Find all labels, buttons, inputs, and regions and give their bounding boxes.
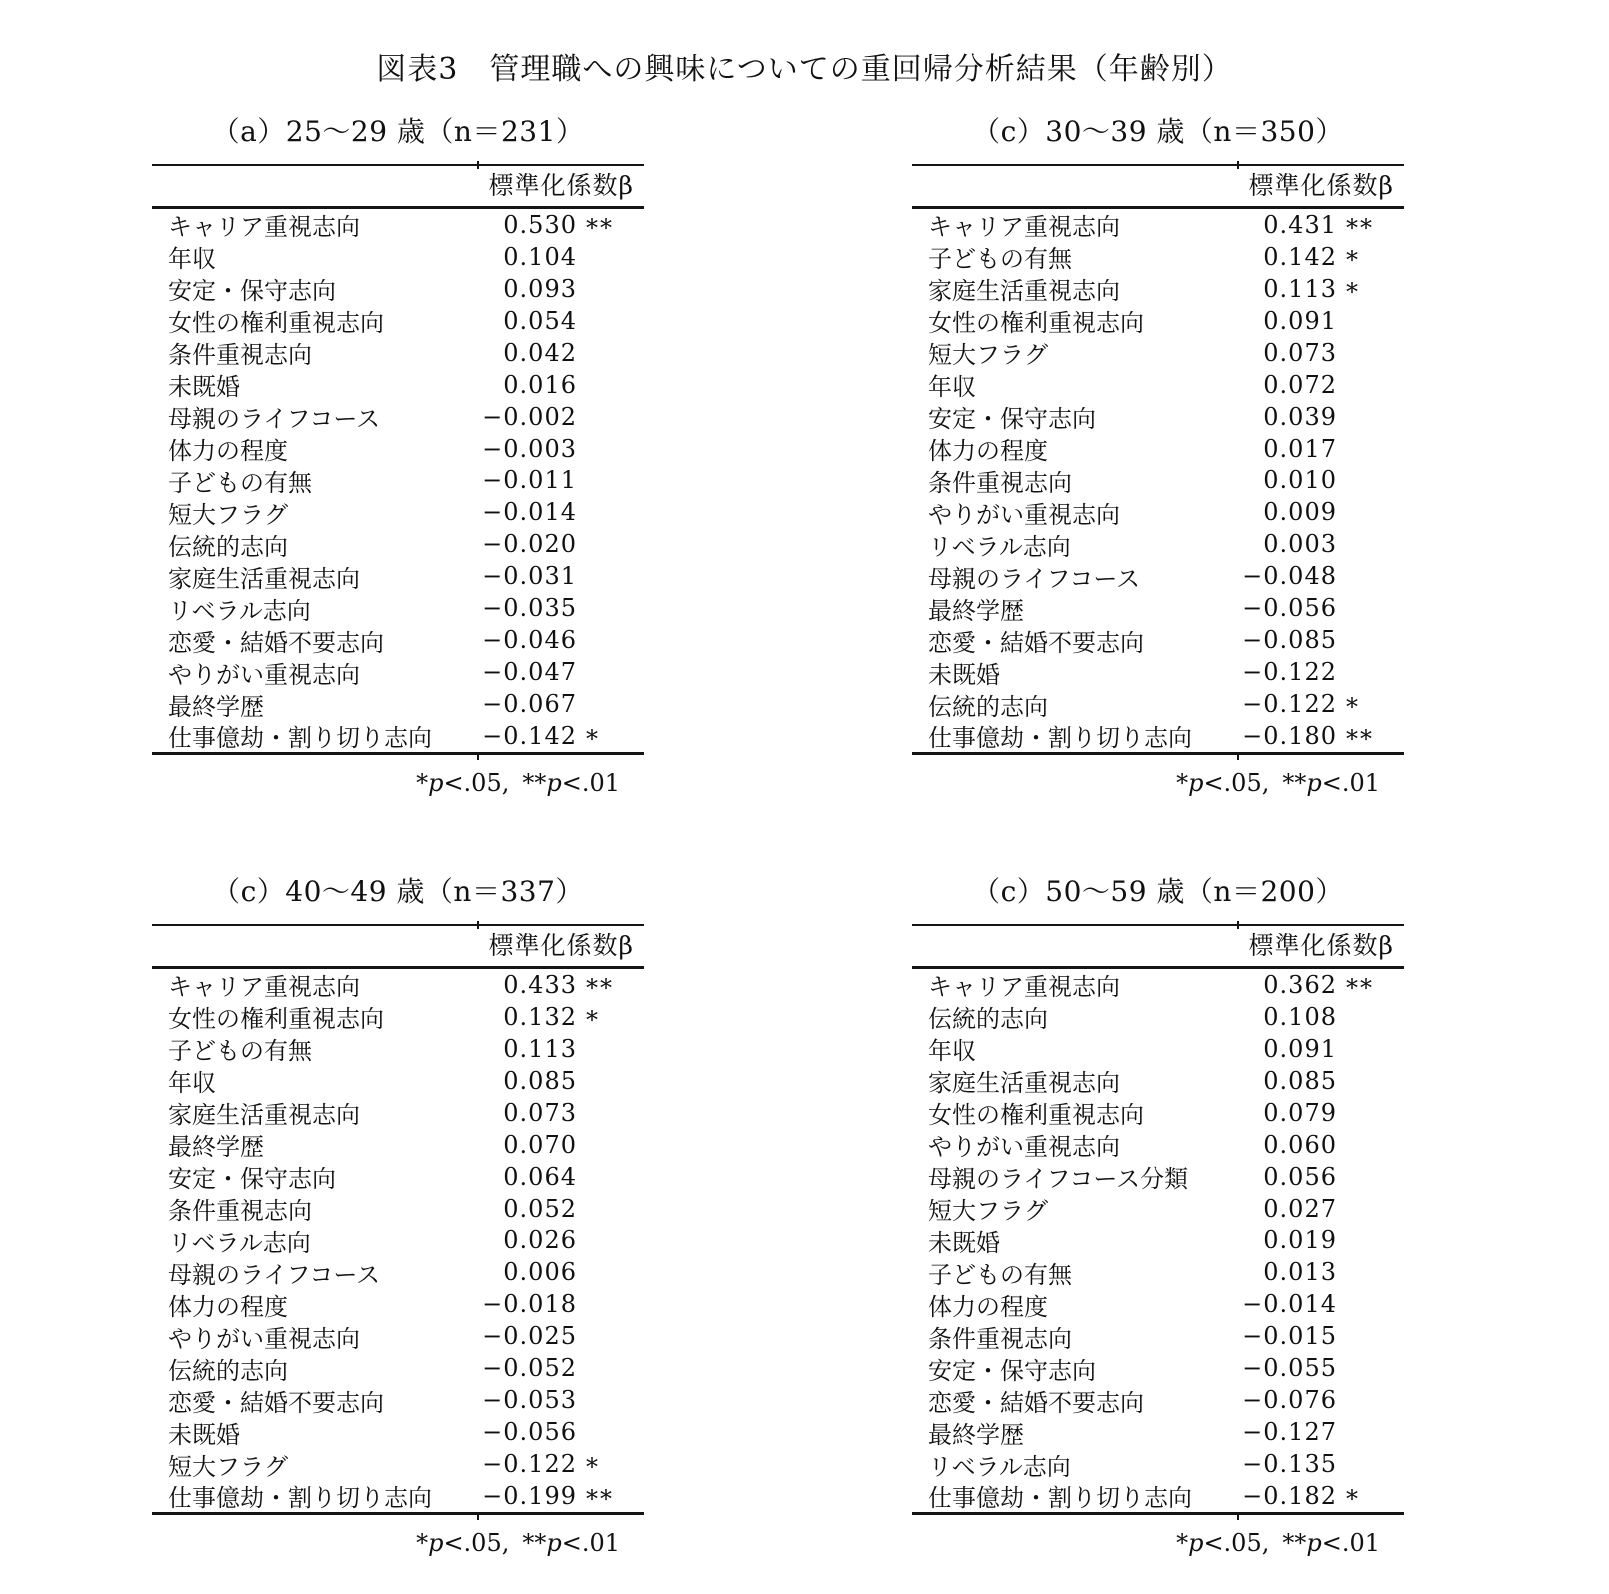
column-header-label: 標準化係数β [1249,931,1394,960]
row-label: 年収 [912,367,1217,402]
table-row: 家庭生活重視志向 0.073 [152,1097,644,1129]
table-row: 女性の権利重視志向 0.091 [912,305,1404,337]
table-row: 年収 0.072 [912,369,1404,401]
row-significance: ** [1337,974,1404,1002]
note-threshold: <.05, [1203,769,1269,797]
table-row: キャリア重視志向 0.362 ** [912,969,1404,1001]
table-body: キャリア重視志向 0.431 ** 子どもの有無 0.142 * 家庭生活重視志… [912,209,1404,752]
column-header-label: 標準化係数β [489,931,634,960]
row-label: 恋愛・結婚不要志向 [152,623,457,658]
row-value: 0.433 [457,971,577,999]
table-row: やりがい重視志向 −0.047 [152,656,644,688]
row-label: 条件重視志向 [152,1191,457,1226]
row-label: キャリア重視志向 [152,967,457,1002]
row-label: 安定・保守志向 [152,271,457,306]
row-label: 家庭生活重視志向 [152,559,457,594]
row-value: −0.014 [457,498,577,526]
table-row: 条件重視志向 −0.015 [912,1320,1404,1352]
column-divider-tick [477,921,479,929]
table-row: 未既婚 −0.056 [152,1416,644,1448]
row-value: 0.085 [1217,1067,1337,1095]
row-value: −0.085 [1217,626,1337,654]
row-significance: * [1337,278,1404,306]
table-row: 仕事億劫・割り切り志向 −0.199 ** [152,1480,644,1512]
table-row: キャリア重視志向 0.433 ** [152,969,644,1001]
row-label: リベラル志向 [152,591,457,626]
table-row: 条件重視志向 0.052 [152,1193,644,1225]
table-body: キャリア重視志向 0.362 ** 伝統的志向 0.108 年収 0.091 [912,969,1404,1512]
stats-table: 標準化係数β キャリア重視志向 0.431 ** 子どもの有無 0.142 * [912,164,1404,755]
note-p: p [1306,769,1321,797]
table-row: リベラル志向 0.003 [912,528,1404,560]
table-row: 体力の程度 −0.014 [912,1288,1404,1320]
row-label: リベラル志向 [912,527,1217,562]
table-row: 母親のライフコース分類 0.056 [912,1161,1404,1193]
row-value: 0.070 [457,1131,577,1159]
row-value: −0.199 [457,1482,577,1510]
row-value: −0.046 [457,626,577,654]
row-label: キャリア重視志向 [152,207,457,242]
row-value: 0.027 [1217,1195,1337,1223]
row-label: 年収 [152,1063,457,1098]
column-divider-tick [477,1512,479,1520]
note-star: * [1176,1529,1188,1557]
row-label: 伝統的志向 [912,687,1217,722]
row-label: 子どもの有無 [912,239,1217,274]
table-row: 恋愛・結婚不要志向 −0.076 [912,1384,1404,1416]
row-label: 体力の程度 [152,1287,457,1322]
row-label: 最終学歴 [912,591,1217,626]
table-row: 母親のライフコース −0.048 [912,560,1404,592]
table-header-row: 標準化係数β [152,166,644,209]
table-row: 安定・保守志向 0.093 [152,273,644,305]
note-star: ** [1282,1529,1306,1557]
table-row: リベラル志向 −0.035 [152,592,644,624]
row-value: −0.180 [1217,722,1337,750]
table-row: 安定・保守志向 0.064 [152,1161,644,1193]
row-value: 0.052 [457,1195,577,1223]
row-label: 条件重視志向 [912,1319,1217,1354]
column-divider-tick [477,161,479,169]
column-divider-tick [1237,752,1239,760]
row-value: 0.113 [457,1035,577,1063]
row-value: 0.142 [1217,243,1337,271]
table-row: 体力の程度 −0.018 [152,1288,644,1320]
table-row: 女性の権利重視志向 0.054 [152,305,644,337]
table-row: 恋愛・結婚不要志向 −0.053 [152,1384,644,1416]
row-value: 0.362 [1217,971,1337,999]
note-star: ** [1282,769,1306,797]
note-threshold: <.05, [443,769,509,797]
row-label: 未既婚 [912,655,1217,690]
row-label: 安定・保守志向 [912,1351,1217,1386]
row-label: 最終学歴 [152,1127,457,1162]
page-title: 図表3 管理職への興味についての重回帰分析結果（年齢別） [0,52,1609,88]
row-label: 女性の権利重視志向 [912,303,1217,338]
row-value: 0.104 [457,243,577,271]
row-significance: * [577,1453,644,1481]
note-p: p [1188,769,1203,797]
table-row: 短大フラグ 0.027 [912,1193,1404,1225]
row-value: 0.132 [457,1003,577,1031]
stats-table: 標準化係数β キャリア重視志向 0.362 ** 伝統的志向 0.108 [912,924,1404,1515]
note-threshold: <.01 [562,1529,620,1557]
row-value: −0.127 [1217,1418,1337,1446]
row-label: リベラル志向 [152,1223,457,1258]
row-value: 0.056 [1217,1163,1337,1191]
table-row: 子どもの有無 −0.011 [152,465,644,497]
row-value: 0.079 [1217,1099,1337,1127]
table-block-50-59: （c）50〜59 歳（n＝200） 標準化係数β キャリア重視志向 0.362 … [912,872,1404,1557]
table-row: 条件重視志向 0.042 [152,337,644,369]
row-label: 家庭生活重視志向 [912,271,1217,306]
table-row: 最終学歴 −0.127 [912,1416,1404,1448]
row-value: −0.035 [457,594,577,622]
row-value: 0.010 [1217,466,1337,494]
table-caption: （c）50〜59 歳（n＝200） [912,872,1404,912]
table-header-row: 標準化係数β [912,926,1404,969]
table-row: リベラル志向 −0.135 [912,1448,1404,1480]
row-value: −0.014 [1217,1290,1337,1318]
column-header-label: 標準化係数β [489,171,634,200]
row-label: 恋愛・結婚不要志向 [152,1383,457,1418]
row-value: −0.018 [457,1290,577,1318]
table-row: 短大フラグ 0.073 [912,337,1404,369]
table-row: 伝統的志向 −0.052 [152,1352,644,1384]
row-label: 体力の程度 [912,431,1217,466]
row-value: 0.072 [1217,371,1337,399]
stats-table: 標準化係数β キャリア重視志向 0.530 ** 年収 0.104 [152,164,644,755]
row-value: 0.091 [1217,1035,1337,1063]
row-value: 0.013 [1217,1258,1337,1286]
row-value: −0.182 [1217,1482,1337,1510]
table-row: 伝統的志向 −0.122 * [912,688,1404,720]
table-row: 短大フラグ −0.014 [152,496,644,528]
row-label: リベラル志向 [912,1447,1217,1482]
row-label: 年収 [152,239,457,274]
row-label: やりがい重視志向 [912,495,1217,530]
row-significance: * [1337,693,1404,721]
note-p: p [546,769,561,797]
table-row: 未既婚 0.016 [152,369,644,401]
table-row: 子どもの有無 0.142 * [912,241,1404,273]
row-significance: ** [577,1485,644,1513]
table-row: 条件重視志向 0.010 [912,465,1404,497]
row-value: 0.530 [457,211,577,239]
row-label: 伝統的志向 [152,527,457,562]
column-header-label: 標準化係数β [1249,171,1394,200]
row-label: 子どもの有無 [152,463,457,498]
note-threshold: <.01 [1322,1529,1380,1557]
table-row: 年収 0.091 [912,1033,1404,1065]
row-label: 女性の権利重視志向 [152,303,457,338]
row-value: −0.122 [457,1450,577,1478]
note-threshold: <.01 [562,769,620,797]
stats-table: 標準化係数β キャリア重視志向 0.433 ** 女性の権利重視志向 0.132… [152,924,644,1515]
table-caption: （c）30〜39 歳（n＝350） [912,112,1404,152]
row-value: −0.056 [1217,594,1337,622]
row-label: 安定・保守志向 [152,1159,457,1194]
table-row: 年収 0.085 [152,1065,644,1097]
row-label: キャリア重視志向 [912,207,1217,242]
table-row: 家庭生活重視志向 0.113 * [912,273,1404,305]
row-label: 伝統的志向 [912,999,1217,1034]
table-row: 女性の権利重視志向 0.132 * [152,1001,644,1033]
row-value: 0.003 [1217,530,1337,558]
table-row: 年収 0.104 [152,241,644,273]
row-label: 伝統的志向 [152,1351,457,1386]
table-row: 恋愛・結婚不要志向 −0.046 [152,624,644,656]
table-row: やりがい重視志向 0.060 [912,1129,1404,1161]
note-star: * [1176,769,1188,797]
row-label: 母親のライフコース分類 [912,1159,1217,1194]
row-value: 0.091 [1217,307,1337,335]
table-row: 伝統的志向 0.108 [912,1001,1404,1033]
row-value: −0.048 [1217,562,1337,590]
page: 図表3 管理職への興味についての重回帰分析結果（年齢別） （a）25〜29 歳（… [0,0,1609,1594]
note-threshold: <.01 [1322,769,1380,797]
note-threshold: <.05, [443,1529,509,1557]
row-significance: ** [1337,725,1404,753]
table-row: 最終学歴 −0.067 [152,688,644,720]
table-body: キャリア重視志向 0.530 ** 年収 0.104 安定・保守志向 0.093 [152,209,644,752]
table-row: 最終学歴 0.070 [152,1129,644,1161]
row-label: 条件重視志向 [152,335,457,370]
row-value: −0.053 [457,1386,577,1414]
column-divider-tick [477,752,479,760]
row-value: −0.067 [457,690,577,718]
table-row: 短大フラグ −0.122 * [152,1448,644,1480]
row-value: 0.113 [1217,275,1337,303]
row-value: 0.039 [1217,403,1337,431]
table-row: 伝統的志向 −0.020 [152,528,644,560]
row-value: −0.015 [1217,1322,1337,1350]
column-divider-tick [1237,161,1239,169]
row-value: −0.025 [457,1322,577,1350]
table-body: キャリア重視志向 0.433 ** 女性の権利重視志向 0.132 * 子どもの… [152,969,644,1512]
row-label: 短大フラグ [912,335,1217,370]
row-value: 0.064 [457,1163,577,1191]
significance-note: *p<.05,**p<.01 [152,769,644,797]
row-value: 0.016 [457,371,577,399]
table-row: 母親のライフコース −0.002 [152,401,644,433]
table-caption: （c）40〜49 歳（n＝337） [152,872,644,912]
row-label: 家庭生活重視志向 [912,1063,1217,1098]
row-value: −0.135 [1217,1450,1337,1478]
note-p: p [546,1529,561,1557]
table-row: 恋愛・結婚不要志向 −0.085 [912,624,1404,656]
row-significance: ** [577,214,644,242]
row-label: 未既婚 [152,1415,457,1450]
table-row: 女性の権利重視志向 0.079 [912,1097,1404,1129]
table-row: 体力の程度 −0.003 [152,433,644,465]
row-label: 体力の程度 [152,431,457,466]
row-label: やりがい重視志向 [152,1319,457,1354]
row-value: −0.031 [457,562,577,590]
note-p: p [1306,1529,1321,1557]
row-value: 0.009 [1217,498,1337,526]
row-label: 仕事億劫・割り切り志向 [912,718,1217,753]
column-divider-tick [1237,1512,1239,1520]
row-value: 0.017 [1217,435,1337,463]
table-block-40-49: （c）40〜49 歳（n＝337） 標準化係数β キャリア重視志向 0.433 … [152,872,644,1557]
row-value: −0.076 [1217,1386,1337,1414]
row-label: 恋愛・結婚不要志向 [912,1383,1217,1418]
row-value: −0.052 [457,1354,577,1382]
row-label: 短大フラグ [152,1447,457,1482]
row-value: −0.011 [457,466,577,494]
row-value: 0.006 [457,1258,577,1286]
note-threshold: <.05, [1203,1529,1269,1557]
column-divider-tick [1237,921,1239,929]
note-star: * [416,769,428,797]
note-p: p [428,769,443,797]
row-label: 母親のライフコース [152,1255,457,1290]
note-star: ** [522,1529,546,1557]
row-value: −0.122 [1217,658,1337,686]
row-value: −0.047 [457,658,577,686]
row-significance: ** [577,974,644,1002]
table-row: やりがい重視志向 −0.025 [152,1320,644,1352]
row-label: 家庭生活重視志向 [152,1095,457,1130]
table-row: 家庭生活重視志向 0.085 [912,1065,1404,1097]
table-header-row: 標準化係数β [152,926,644,969]
row-label: 仕事億劫・割り切り志向 [152,1478,457,1513]
row-value: −0.142 [457,722,577,750]
row-significance: * [1337,246,1404,274]
row-value: −0.003 [457,435,577,463]
row-significance: ** [1337,214,1404,242]
row-label: 短大フラグ [152,495,457,530]
note-p: p [428,1529,443,1557]
row-label: 条件重視志向 [912,463,1217,498]
row-label: 母親のライフコース [152,399,457,434]
row-label: 子どもの有無 [912,1255,1217,1290]
significance-note: *p<.05,**p<.01 [912,769,1404,797]
row-value: −0.122 [1217,690,1337,718]
row-significance: * [1337,1485,1404,1513]
table-row: 最終学歴 −0.056 [912,592,1404,624]
table-header-row: 標準化係数β [912,166,1404,209]
row-value: 0.054 [457,307,577,335]
row-label: 未既婚 [152,367,457,402]
row-significance: * [577,1006,644,1034]
significance-note: *p<.05,**p<.01 [912,1529,1404,1557]
table-row: 未既婚 −0.122 [912,656,1404,688]
table-row: 安定・保守志向 −0.055 [912,1352,1404,1384]
row-label: 最終学歴 [912,1415,1217,1450]
row-label: 仕事億劫・割り切り志向 [912,1478,1217,1513]
table-row: 仕事億劫・割り切り志向 −0.182 * [912,1480,1404,1512]
row-label: 最終学歴 [152,687,457,722]
table-row: 仕事億劫・割り切り志向 −0.142 * [152,720,644,752]
table-row: 家庭生活重視志向 −0.031 [152,560,644,592]
row-label: やりがい重視志向 [152,655,457,690]
row-value: −0.055 [1217,1354,1337,1382]
table-row: やりがい重視志向 0.009 [912,496,1404,528]
table-row: キャリア重視志向 0.530 ** [152,209,644,241]
note-star: ** [522,769,546,797]
row-label: 女性の権利重視志向 [912,1095,1217,1130]
row-value: −0.002 [457,403,577,431]
table-block-30-39: （c）30〜39 歳（n＝350） 標準化係数β キャリア重視志向 0.431 … [912,112,1404,797]
table-row: 仕事億劫・割り切り志向 −0.180 ** [912,720,1404,752]
row-value: 0.060 [1217,1131,1337,1159]
row-value: −0.020 [457,530,577,558]
row-value: 0.073 [1217,339,1337,367]
row-label: 未既婚 [912,1223,1217,1258]
note-star: * [416,1529,428,1557]
row-label: やりがい重視志向 [912,1127,1217,1162]
row-value: 0.108 [1217,1003,1337,1031]
row-value: 0.073 [457,1099,577,1127]
row-label: 短大フラグ [912,1191,1217,1226]
row-value: 0.085 [457,1067,577,1095]
table-row: 子どもの有無 0.013 [912,1256,1404,1288]
table-row: 安定・保守志向 0.039 [912,401,1404,433]
table-row: キャリア重視志向 0.431 ** [912,209,1404,241]
row-label: 仕事億劫・割り切り志向 [152,718,457,753]
table-row: リベラル志向 0.026 [152,1225,644,1257]
table-caption: （a）25〜29 歳（n＝231） [152,112,644,152]
note-p: p [1188,1529,1203,1557]
row-label: 母親のライフコース [912,559,1217,594]
row-value: 0.431 [1217,211,1337,239]
row-label: 子どもの有無 [152,1031,457,1066]
table-row: 未既婚 0.019 [912,1225,1404,1257]
table-row: 子どもの有無 0.113 [152,1033,644,1065]
row-significance: * [577,725,644,753]
row-value: 0.093 [457,275,577,303]
row-label: 恋愛・結婚不要志向 [912,623,1217,658]
significance-note: *p<.05,**p<.01 [152,1529,644,1557]
row-value: −0.056 [457,1418,577,1446]
row-value: 0.019 [1217,1226,1337,1254]
row-label: 女性の権利重視志向 [152,999,457,1034]
row-value: 0.042 [457,339,577,367]
row-label: 体力の程度 [912,1287,1217,1322]
table-row: 体力の程度 0.017 [912,433,1404,465]
table-block-25-29: （a）25〜29 歳（n＝231） 標準化係数β キャリア重視志向 0.530 … [152,112,644,797]
row-label: 安定・保守志向 [912,399,1217,434]
row-value: 0.026 [457,1226,577,1254]
row-label: キャリア重視志向 [912,967,1217,1002]
table-row: 母親のライフコース 0.006 [152,1256,644,1288]
row-label: 年収 [912,1031,1217,1066]
